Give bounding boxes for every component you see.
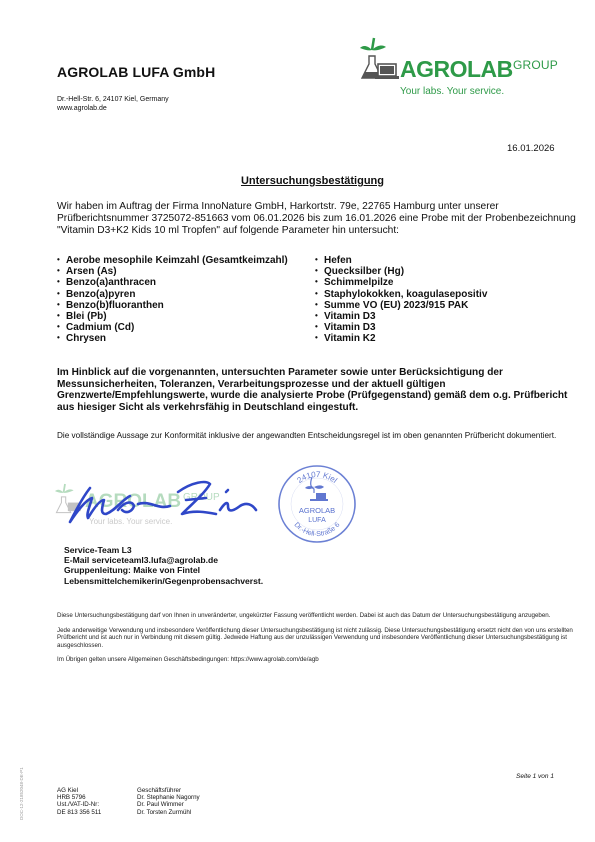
legal-paragraph-usage: Jede anderweitige Verwendung und insbeso… [57,627,582,650]
website-link[interactable]: www.agrolab.de [57,105,169,114]
intro-paragraph: Wir haben im Auftrag der Firma InnoNatur… [57,201,577,237]
legal-paragraph-terms: Im Übrigen gelten unsere Allgemeinen Ges… [57,656,582,664]
parameter-item: Cadmium (Cd) [57,322,315,333]
parameter-column-left: Aerobe mesophile Keimzahl (Gesamtkeimzah… [57,255,315,345]
parameter-item: Quecksilber (Hg) [315,266,487,277]
stamp-center-line1: AGROLAB [299,506,335,515]
parameter-item: Benzo(a)pyren [57,289,315,300]
parameter-item: Staphylokokken, koagulasepositiv [315,289,487,300]
footer-line: Dr. Torsten Zurmühl [137,809,200,816]
footer-line: Ust./VAT-ID-Nr: [57,801,101,808]
parameter-column-right: Hefen Quecksilber (Hg) Schimmelpilze Sta… [315,255,487,345]
handwritten-signature [60,470,260,530]
footer-line: Dr. Paul Wimmer [137,801,200,808]
document-title: Untersuchungsbestätigung [0,175,595,187]
parameter-item: Vitamin K2 [315,333,487,344]
logo-suffix: GROUP [513,58,558,72]
footer-line: Dr. Stephanie Nagorny [137,794,200,801]
parameter-item: Benzo(a)anthracen [57,277,315,288]
footer-line: AG Kiel [57,787,101,794]
footer-line: DE 813 356 511 [57,809,101,816]
signer-role: Lebensmittelchemikerin/Gegenprobensachve… [64,576,263,586]
signature-block: Service-Team L3 E-Mail serviceteaml3.luf… [64,545,263,586]
footer-management: Geschäftsführer Dr. Stephanie Nagorny Dr… [137,787,200,816]
footer-line: HRB 5796 [57,794,101,801]
flask-laptop-plant-icon [360,34,402,84]
company-name: AGROLAB LUFA GmbH [57,64,215,80]
parameter-item: Vitamin D3 [315,311,487,322]
footer-registration: AG Kiel HRB 5796 Ust./VAT-ID-Nr: DE 813 … [57,787,101,816]
stamp-top-text: 24107 Kiel [295,470,339,485]
legal-paragraph-publication: Diese Untersuchungsbestätigung darf von … [57,612,582,620]
group-lead: Gruppenleitung: Maike von Fintel [64,565,263,575]
conclusion-paragraph: Im Hinblick auf die vorgenannten, unters… [57,367,582,413]
footer-line: Geschäftsführer [137,787,200,794]
stamp-center-line2: LUFA [308,517,326,524]
parameter-item: Schimmelpilze [315,277,487,288]
service-team: Service-Team L3 [64,545,263,555]
parameter-item: Summe VO (EU) 2023/915 PAK [315,300,487,311]
parameter-item: Hefen [315,255,487,266]
document-code: DOC-12-21852048-DE-P1 [19,750,27,820]
parameter-item: Aerobe mesophile Keimzahl (Gesamtkeimzah… [57,255,315,266]
conformity-note: Die vollständige Aussage zur Konformität… [57,431,582,441]
logo-tagline: Your labs. Your service. [400,86,504,97]
page-number: Seite 1 von 1 [516,773,554,780]
legal-notice: Diese Untersuchungsbestätigung darf von … [57,612,582,671]
parameter-item: Arsen (As) [57,266,315,277]
parameter-item: Vitamin D3 [315,322,487,333]
parameter-list: Aerobe mesophile Keimzahl (Gesamtkeimzah… [57,255,577,345]
document-date: 16.01.2026 [507,143,555,154]
parameter-item: Blei (Pb) [57,311,315,322]
address-line: Dr.-Hell-Str. 6, 24107 Kiel, Germany [57,96,169,105]
parameter-item: Benzo(b)fluoranthen [57,300,315,311]
logo-brand: AGROLAB [400,56,513,83]
company-stamp: 24107 Kiel Dr.-Hell-Straße 6 AGROLAB LUF… [276,463,358,545]
parameter-item: Chrysen [57,333,315,344]
agrolab-group-logo: AGROLAB GROUP Your labs. Your service. [360,34,570,104]
service-email[interactable]: E-Mail serviceteaml3.lufa@agrolab.de [64,555,263,565]
company-address: Dr.-Hell-Str. 6, 24107 Kiel, Germany www… [57,96,169,113]
stamp-plant-icon [305,477,328,501]
svg-text:24107 Kiel: 24107 Kiel [295,470,339,485]
